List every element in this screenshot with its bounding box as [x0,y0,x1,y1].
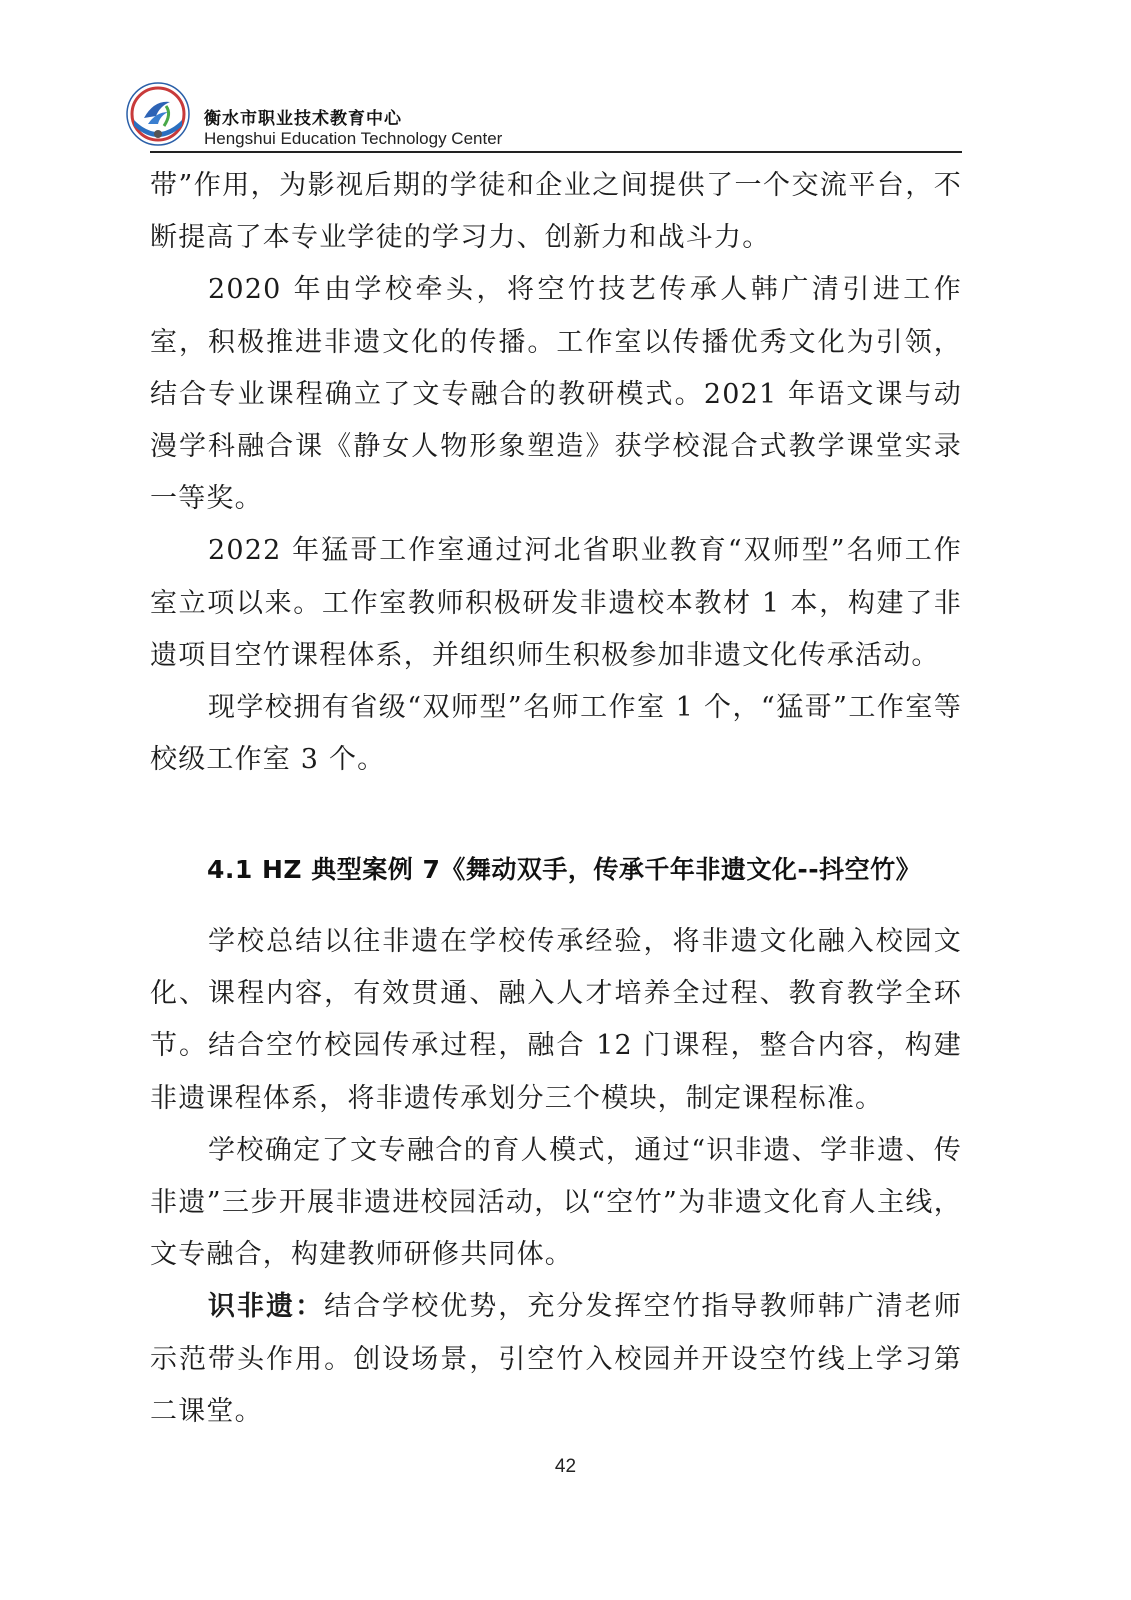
paragraph: 现学校拥有省级“双师型”名师工作室 1 个，“猛哥”工作室等校级工作室 3 个。 [150,682,962,786]
school-emblem-icon [126,82,190,146]
paragraph: 学校确定了文专融合的育人模式，通过“识非遗、学非遗、传非遗”三步开展非遗进校园活… [150,1125,962,1282]
paragraph: 学校总结以往非遗在学校传承经验，将非遗文化融入校园文化、课程内容，有效贯通、融入… [150,916,962,1125]
paragraph: 2020 年由学校牵头，将空竹技艺传承人韩广清引进工作室，积极推进非遗文化的传播… [150,264,962,525]
paragraph: 带”作用，为影视后期的学徒和企业之间提供了一个交流平台，不断提高了本专业学徒的学… [150,160,962,264]
header-divider [150,151,962,153]
paragraph-lead: 识非遗： [208,1291,324,1322]
page-header: 衡水市职业技术教育中心 Hengshui Education Technolog… [126,82,962,154]
org-name-en: Hengshui Education Technology Center [204,129,502,149]
body-text-bottom: 学校总结以往非遗在学校传承经验，将非遗文化融入校园文化、课程内容，有效贯通、融入… [150,916,962,1438]
section-heading: 4.1 HZ 典型案例 7《舞动双手，传承千年非遗文化--抖空竹》 [207,850,921,886]
page-number: 42 [0,1456,1131,1478]
org-name-cn: 衡水市职业技术教育中心 [204,104,402,129]
body-text-top: 带”作用，为影视后期的学徒和企业之间提供了一个交流平台，不断提高了本专业学徒的学… [150,160,962,786]
paragraph: 识非遗：结合学校优势，充分发挥空竹指导教师韩广清老师示范带头作用。创设场景，引空… [150,1281,962,1438]
paragraph: 2022 年猛哥工作室通过河北省职业教育“双师型”名师工作室立项以来。工作室教师… [150,525,962,682]
